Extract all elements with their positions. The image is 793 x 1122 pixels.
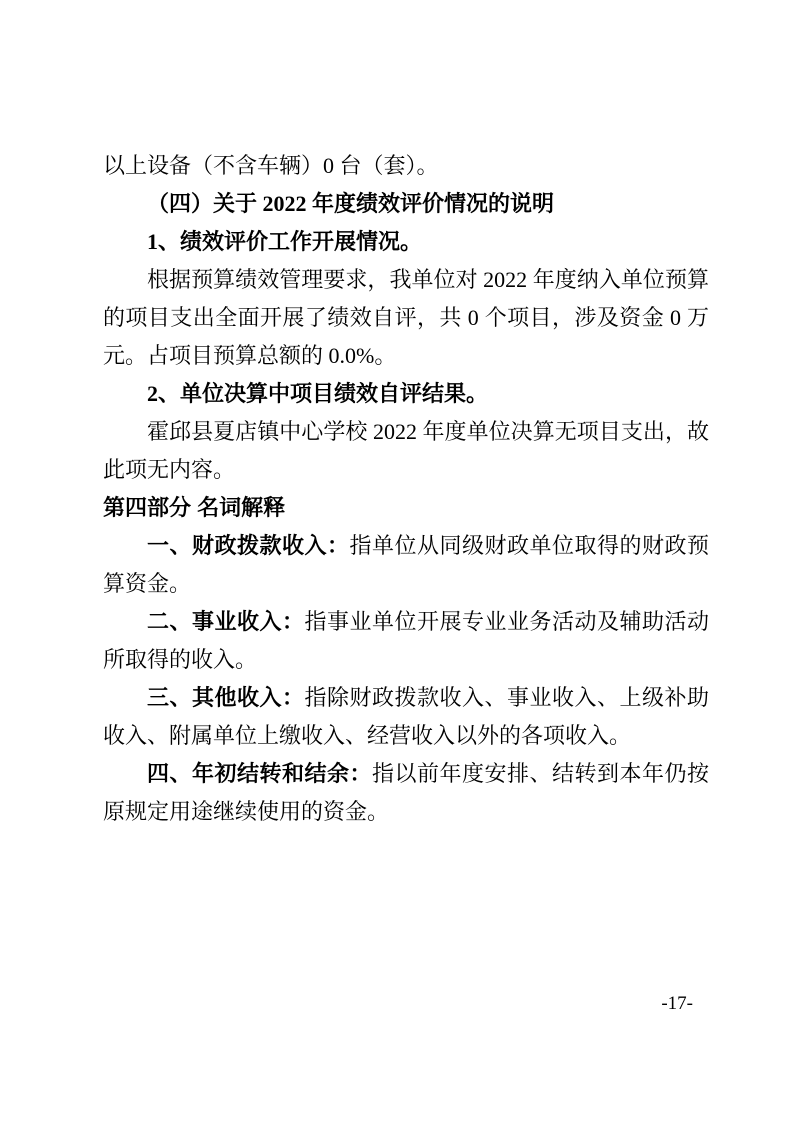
term-paragraph-carryover-surplus: 四、年初结转和结余：指以前年度安排、结转到本年仍按原规定用途继续使用的资金。 [103, 755, 709, 831]
item-1-paragraph: 根据预算绩效管理要求，我单位对 2022 年度纳入单位预算的项目支出全面开展了绩… [103, 261, 709, 375]
term-label: 四、年初结转和结余： [147, 761, 372, 786]
continuation-line: 以上设备（不含车辆）0 台（套）。 [103, 147, 709, 185]
item-1-heading: 1、绩效评价工作开展情况。 [103, 223, 709, 261]
term-label: 二、事业收入： [147, 609, 305, 634]
term-paragraph-operating-income: 二、事业收入：指事业单位开展专业业务活动及辅助活动所取得的收入。 [103, 603, 709, 679]
term-paragraph-other-income: 三、其他收入：指除财政拨款收入、事业收入、上级补助收入、附属单位上缴收入、经营收… [103, 679, 709, 755]
item-2-paragraph: 霍邱县夏店镇中心学校 2022 年度单位决算无项目支出，故此项无内容。 [103, 413, 709, 489]
document-page: 以上设备（不含车辆）0 台（套）。 （四）关于 2022 年度绩效评价情况的说明… [0, 0, 793, 1122]
section-title: 第四部分 名词解释 [103, 489, 709, 527]
term-label: 三、其他收入： [147, 685, 305, 710]
term-paragraph-fiscal-appropriation-income: 一、财政拨款收入：指单位从同级财政单位取得的财政预算资金。 [103, 527, 709, 603]
subsection-heading-4: （四）关于 2022 年度绩效评价情况的说明 [103, 185, 709, 223]
item-2-heading: 2、单位决算中项目绩效自评结果。 [103, 375, 709, 413]
term-label: 一、财政拨款收入： [147, 533, 350, 558]
page-number: -17- [661, 993, 693, 1015]
